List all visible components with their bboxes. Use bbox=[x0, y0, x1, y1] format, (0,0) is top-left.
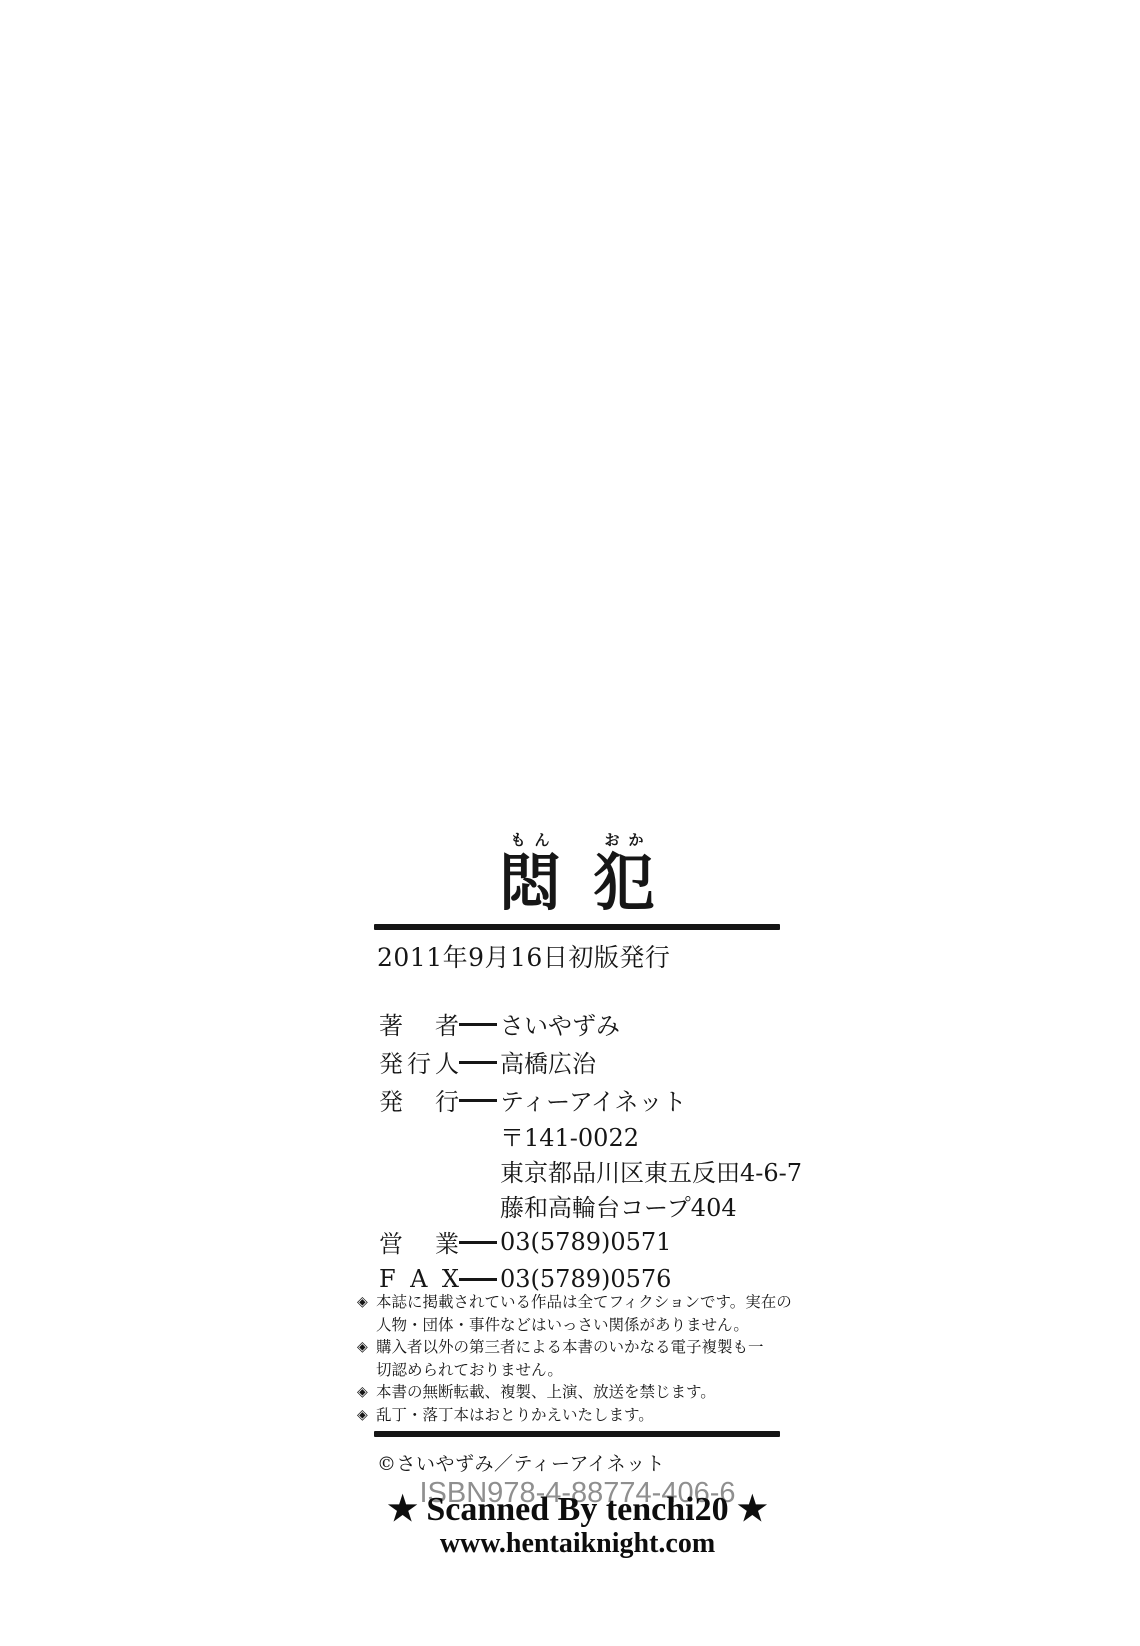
author-value: さいやずみ bbox=[500, 1006, 620, 1041]
title-kanji-1: 悶 bbox=[499, 852, 561, 914]
leader-dash bbox=[459, 1061, 497, 1064]
divider-bottom bbox=[374, 1431, 780, 1437]
legal-notices: ◈ 本誌に掲載されている作品は全てフィクションです。実在の 人物・団体・事件など… bbox=[357, 1291, 792, 1427]
title-char-1: もん 悶 bbox=[499, 833, 561, 914]
diamond-bullet-icon: ◈ bbox=[357, 1291, 376, 1336]
diamond-bullet-icon: ◈ bbox=[357, 1404, 376, 1427]
scan-credit: ★ Scanned By tenchi20 ★ bbox=[320, 1489, 835, 1529]
sales-phone-row: 営 業 03(5789)0571 bbox=[379, 1223, 802, 1260]
fax-number: 03(5789)0576 bbox=[500, 1265, 671, 1293]
notice-line: 本誌に掲載されている作品は全てフィクションです。実在の bbox=[376, 1291, 792, 1314]
book-title: もん 悶 おか 犯 bbox=[374, 833, 780, 914]
diamond-bullet-icon: ◈ bbox=[357, 1381, 376, 1404]
leader-dash bbox=[459, 1241, 497, 1244]
scan-site-url: www.hentaiknight.com bbox=[320, 1528, 835, 1560]
title-char-2: おか 犯 bbox=[593, 833, 655, 914]
divider-top bbox=[374, 924, 780, 930]
copyright-line: ©さいやずみ／ティーアイネット bbox=[377, 1449, 665, 1476]
edition-date: 2011年9月16日初版発行 bbox=[377, 938, 670, 974]
notice-line: 乱丁・落丁本はおとりかえいたします。 bbox=[376, 1404, 654, 1427]
leader-dash bbox=[459, 1099, 497, 1102]
sales-label: 営 業 bbox=[379, 1224, 459, 1259]
author-label: 著 者 bbox=[379, 1006, 459, 1041]
publisher-label: 発 行 bbox=[379, 1082, 459, 1117]
notice-line: 人物・団体・事件などはいっさい関係がありません。 bbox=[376, 1314, 792, 1337]
colophon-page: もん 悶 おか 犯 2011年9月16日初版発行 著 者 さいやずみ 発行人 高… bbox=[0, 0, 1140, 1646]
notice-line: 本書の無断転載、複製、上演、放送を禁じます。 bbox=[376, 1381, 716, 1404]
publisher-person-row: 発行人 高橋広治 bbox=[379, 1042, 802, 1080]
diamond-bullet-icon: ◈ bbox=[357, 1336, 376, 1381]
publisher-value: ティーアイネット bbox=[500, 1082, 686, 1117]
publisher-person-value: 高橋広治 bbox=[500, 1044, 596, 1079]
leader-dash bbox=[459, 1278, 497, 1281]
notice-defective: ◈ 乱丁・落丁本はおとりかえいたします。 bbox=[357, 1404, 792, 1427]
notice-reprint: ◈ 本書の無断転載、複製、上演、放送を禁じます。 bbox=[357, 1381, 792, 1404]
notice-line: 購入者以外の第三者による本書のいかなる電子複製も一 bbox=[376, 1336, 764, 1359]
address-line-1: 東京都品川区東五反田4-6-7 bbox=[379, 1153, 802, 1188]
leader-dash bbox=[459, 1023, 497, 1026]
author-row: 著 者 さいやずみ bbox=[379, 1004, 802, 1042]
notice-line: 切認められておりません。 bbox=[376, 1359, 764, 1382]
fax-label: F A X bbox=[379, 1265, 459, 1293]
notice-fiction: ◈ 本誌に掲載されている作品は全てフィクションです。実在の 人物・団体・事件など… bbox=[357, 1291, 792, 1336]
sales-phone: 03(5789)0571 bbox=[500, 1228, 671, 1256]
publisher-person-label: 発行人 bbox=[379, 1044, 459, 1079]
postal-code: 〒141-0022 bbox=[379, 1118, 802, 1153]
notice-copy: ◈ 購入者以外の第三者による本書のいかなる電子複製も一 切認められておりません。 bbox=[357, 1336, 792, 1381]
title-kanji-2: 犯 bbox=[593, 852, 655, 914]
publisher-row: 発 行 ティーアイネット bbox=[379, 1080, 802, 1118]
address-line-2: 藤和高輪台コープ404 bbox=[379, 1188, 802, 1223]
publication-info: 著 者 さいやずみ 発行人 高橋広治 発 行 ティーアイネット 〒141-002… bbox=[379, 1004, 802, 1297]
